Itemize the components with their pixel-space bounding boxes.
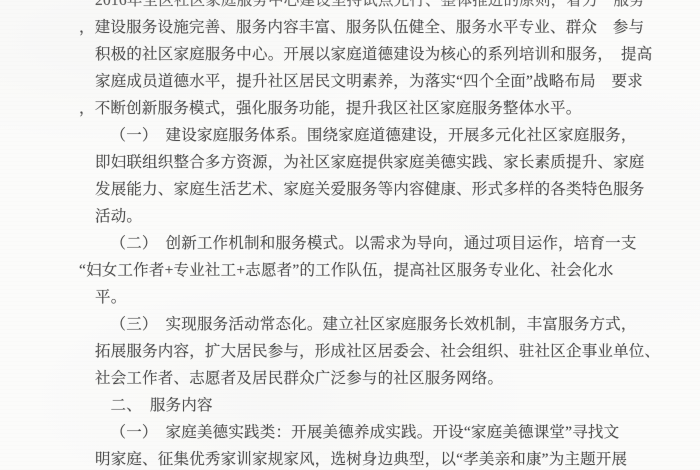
text-line: 活动。 [95, 203, 657, 230]
text-line: ，不断创新服务模式，强化服务功能，提升我区社区家庭服务整体水平。 [79, 95, 657, 122]
text-line: “妇女工作者+专业社工+志愿者”的工作队伍，提高社区服务专业化、社会化水 [79, 257, 657, 284]
text-line: 2016年全区社区家庭服务中心建设坚持试点先行、整体推进的原则，着力 服务 [95, 0, 657, 14]
document-text: 2016年全区社区家庭服务中心建设坚持试点先行、整体推进的原则，着力 服务，建设… [95, 0, 657, 470]
text-line: 积极的社区家庭服务中心。开展以家庭道德建设为核心的系列培训和服务， 提高 [95, 41, 657, 68]
text-line: （一） 家庭美德实践类：开展美德养成实践。开设“家庭美德课堂”寻找文 [95, 419, 657, 446]
text-line: 即妇联组织整合多方资源，为社区家庭提供家庭美德实践、家长素质提升、家庭 [95, 149, 657, 176]
text-line: 平。 [95, 284, 657, 311]
text-line: ，建设服务设施完善、服务内容丰富、服务队伍健全、服务水平专业、群众 参与 [79, 14, 657, 41]
text-line: 明家庭、征集优秀家训家规家风，选树身边典型，以“孝美亲和康”为主题开展 [95, 446, 657, 470]
text-line: （二） 创新工作机制和服务模式。以需求为导向，通过项目运作，培育一支 [95, 230, 657, 257]
text-line: 发展能力、家庭生活艺术、家庭关爱服务等内容健康、形式多样的各类特色服务 [95, 176, 657, 203]
text-line: 二、 服务内容 [95, 392, 657, 419]
document-page: 2016年全区社区家庭服务中心建设坚持试点先行、整体推进的原则，着力 服务，建设… [0, 0, 700, 470]
text-line: （三） 实现服务活动常态化。建立社区家庭服务长效机制，丰富服务方式， [95, 311, 657, 338]
text-line: 家庭成员道德水平，提升社区居民文明素养，为落实“四个全面”战略布局 要求 [95, 68, 657, 95]
text-line: 社会工作者、志愿者及居民群众广泛参与的社区服务网络。 [95, 365, 657, 392]
text-line: 拓展服务内容，扩大居民参与，形成社区居委会、社会组织、驻社区企事业单位、 [95, 338, 657, 365]
text-line: （一） 建设家庭服务体系。围绕家庭道德建设，开展多元化社区家庭服务， [95, 122, 657, 149]
